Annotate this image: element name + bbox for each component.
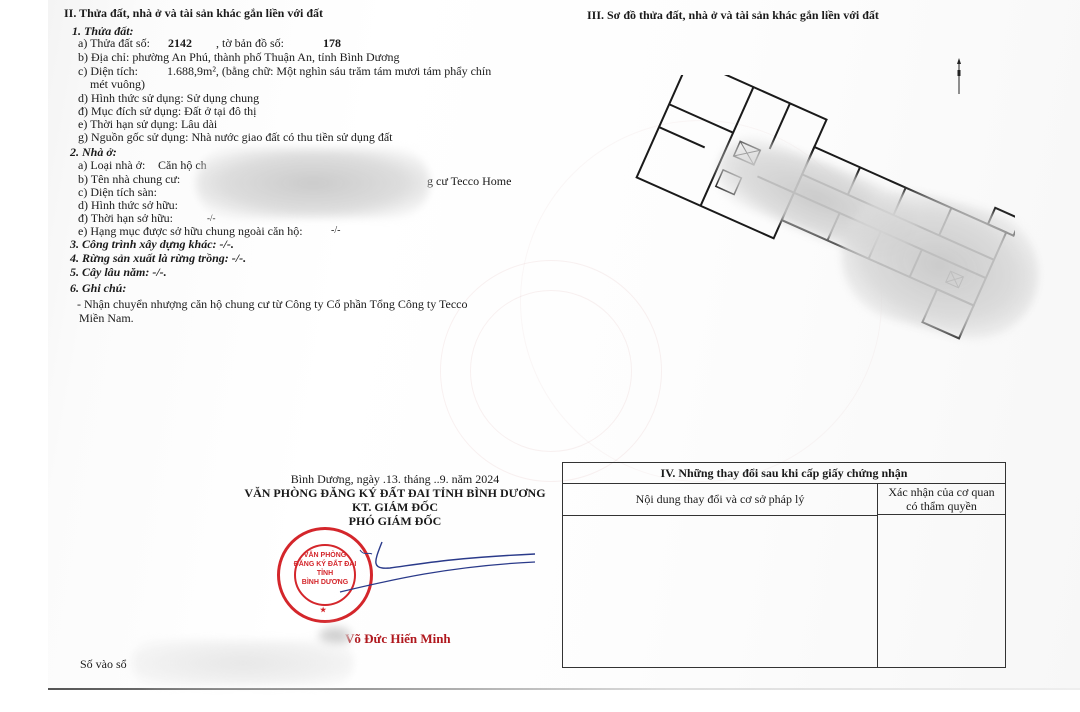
changes-table: IV. Những thay đổi sau khi cấp giấy chứn… <box>562 462 1006 668</box>
building-name-value: g cư Tecco Home <box>427 174 511 188</box>
land-address: b) Địa chỉ: phường An Phú, thành phố Thu… <box>78 50 399 64</box>
signer-on-behalf: KT. GIÁM ĐỐC <box>230 500 560 514</box>
perennial-trees: 5. Cây lâu năm: -/-. <box>70 265 167 279</box>
changes-col-confirmation-header: Xác nhận của cơ quan có thẩm quyền <box>877 483 1005 515</box>
house-heading: 2. Nhà ở: <box>70 145 117 159</box>
land-use-origin: g) Nguồn gốc sử dụng: Nhà nước giao đất … <box>78 130 392 144</box>
land-parcel-number: 2142 <box>168 36 192 50</box>
map-sheet-label: , tờ bản đồ số: <box>216 36 284 50</box>
ownership-term-label: đ) Thời hạn sở hữu: <box>78 211 173 225</box>
land-area-label: c) Diện tích: <box>78 64 138 78</box>
land-use-form: d) Hình thức sử dụng: Sử dụng chung <box>78 91 259 105</box>
house-type-label: a) Loại nhà ở: <box>78 158 145 172</box>
land-parcel-label: a) Thửa đất số: <box>78 36 150 50</box>
notes-line-2: Miền Nam. <box>79 311 134 325</box>
paper-bottom-edge <box>48 688 1080 690</box>
section-iii-title: III. Sơ đồ thửa đất, nhà ở và tài sản kh… <box>587 8 879 22</box>
confirmation-header-line-1: Xác nhận của cơ quan <box>878 485 1005 499</box>
shared-items-label: e) Hạng mục được sở hữu chung ngoài căn … <box>78 224 303 238</box>
register-number-label: Số vào sổ <box>80 657 127 671</box>
redaction-blur-register <box>132 640 354 686</box>
notes-heading: 6. Ghi chú: <box>70 281 126 295</box>
stamp-star-icon: ★ <box>320 606 326 614</box>
land-area-value-cont: mét vuông) <box>90 77 145 91</box>
confirmation-header-line-2: có thẩm quyền <box>878 499 1005 513</box>
issue-date: Bình Dương, ngày .13. tháng ..9. năm 202… <box>230 472 560 486</box>
production-forest: 4. Rừng sản xuất là rừng trồng: -/-. <box>70 251 246 265</box>
notes-line-1: - Nhận chuyển nhượng căn hộ chung cư từ … <box>77 297 468 311</box>
changes-table-title: IV. Những thay đổi sau khi cấp giấy chứn… <box>563 463 1005 484</box>
land-area-value: 1.688,9m², (bằng chữ: Một nghìn sáu trăm… <box>167 64 491 78</box>
section-ii-title: II. Thửa đất, nhà ở và tài sản khác gắn … <box>64 6 323 20</box>
land-use-term: e) Thời hạn sử dụng: Lâu dài <box>78 117 217 131</box>
redaction-blur <box>196 148 430 218</box>
changes-table-column-divider <box>877 515 878 667</box>
shared-items-value: -/- <box>331 224 340 238</box>
floor-area-label: c) Diện tích sàn: <box>78 185 157 199</box>
building-name-label: b) Tên nhà chung cư: <box>78 172 180 186</box>
signature-icon <box>330 530 540 600</box>
land-use-purpose: đ) Mục đích sử dụng: Đất ở tại đô thị <box>78 104 257 118</box>
signer-name: Võ Đức Hiến Minh <box>345 632 451 646</box>
issuing-office: VĂN PHÒNG ĐĂNG KÝ ĐẤT ĐAI TỈNH BÌNH DƯƠN… <box>230 486 560 500</box>
changes-col-content-header: Nội dung thay đổi và cơ sở pháp lý <box>563 483 877 516</box>
other-construction: 3. Công trình xây dựng khác: -/-. <box>70 237 234 251</box>
signer-title: PHÓ GIÁM ĐỐC <box>230 514 560 528</box>
map-sheet-number: 178 <box>323 36 341 50</box>
ownership-form-label: d) Hình thức sở hữu: <box>78 198 178 212</box>
